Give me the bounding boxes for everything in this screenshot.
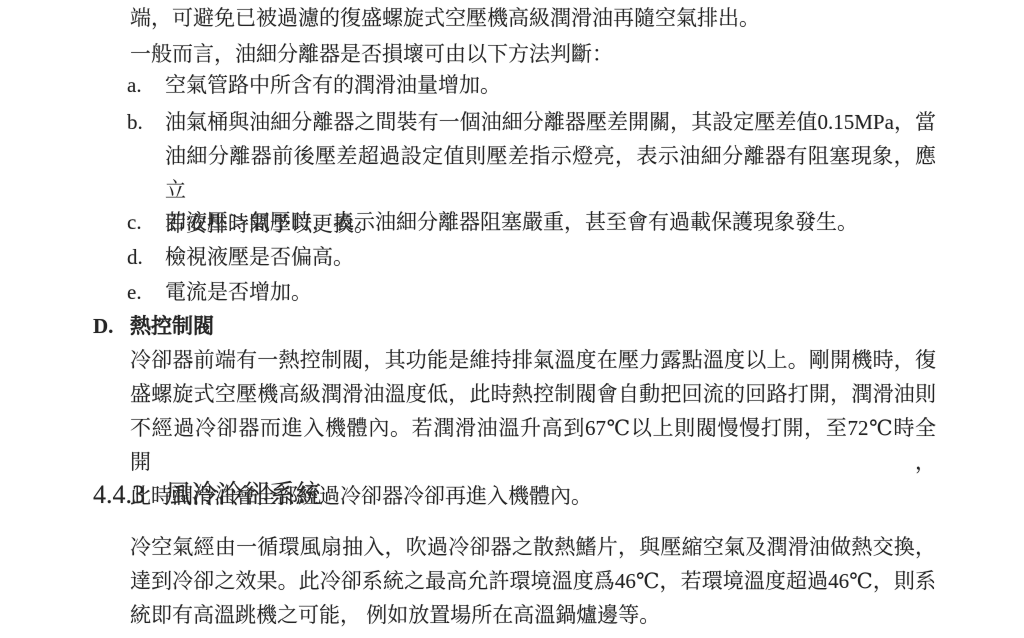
list-line: 電流是否增加。 [165,275,936,309]
section-heading: 4.4.3 風冷冷卻系統 [93,479,936,511]
list-item-c: c. 若液壓＞氣壓時，表示油細分離器阻塞嚴重，甚至會有過載保護現象發生。 [127,205,936,239]
paragraph-line: 冷空氣經由一循環風扇抽入，吹過冷卻器之散熱鰭片，與壓縮空氣及潤滑油做熱交換， [130,530,936,564]
list-line: 油細分離器前後壓差超過設定值則壓差指示燈亮，表示油細分離器有阻塞現象，應立 [165,139,936,207]
list-line: 油氣桶與油細分離器之間裝有一個油細分離器壓差開關，其設定壓差值0.15MPa，當 [165,105,936,139]
paragraph-line: 達到冷卻之效果。此冷卻系統之最高允許環境溫度爲46℃，若環境溫度超過46℃，則系 [130,564,936,598]
section-title: 風冷冷卻系統 [166,480,322,509]
section-number: 4.4.3 [93,480,145,509]
list-item-e: e. 電流是否增加。 [127,275,936,309]
document-page: 端，可避免已被過濾的復盛螺旋式空壓機高級潤滑油再隨空氣排出。 一般而言，油細分離… [0,0,1024,638]
list-item-a: a. 空氣管路中所含有的潤滑油量增加。 [127,68,936,102]
list-item-d: d. 檢視液壓是否偏高。 [127,240,936,274]
paragraph-line-intro-1: 端，可避免已被過濾的復盛螺旋式空壓機高級潤滑油再隨空氣排出。 [130,1,936,35]
subsection-title: 熱控制閥 [130,309,214,343]
list-marker: d. [127,240,165,274]
paragraph-line: 盛螺旋式空壓機高級潤滑油溫度低，此時熱控制閥會自動把回流的回路打開，潤滑油則 [130,377,936,411]
subsection-marker: D. [93,309,130,343]
paragraph-line: 不經過冷卻器而進入機體內。若潤滑油溫升高到67℃以上則閥慢慢打開，至72℃時全開… [130,411,936,479]
paragraph-line: 冷卻器前端有一熱控制閥，其功能是維持排氣溫度在壓力露點溫度以上。剛開機時，復 [130,343,936,377]
subsection-heading-d: D. 熱控制閥 [93,309,936,343]
list-line: 檢視液壓是否偏高。 [165,240,936,274]
list-marker: a. [127,68,165,102]
list-marker: e. [127,275,165,309]
list-marker: b. [127,105,165,139]
paragraph-air-cooling: 冷空氣經由一循環風扇抽入，吹過冷卻器之散熱鰭片，與壓縮空氣及潤滑油做熱交換， 達… [130,530,936,632]
list-line: 空氣管路中所含有的潤滑油量增加。 [165,68,936,102]
paragraph-line: 統即有高溫跳機之可能， 例如放置場所在高溫鍋爐邊等。 [130,598,936,632]
paragraph-line-intro-2: 一般而言，油細分離器是否損壞可由以下方法判斷： [130,37,936,71]
list-marker: c. [127,205,165,239]
list-line: 若液壓＞氣壓時，表示油細分離器阻塞嚴重，甚至會有過載保護現象發生。 [165,205,936,239]
